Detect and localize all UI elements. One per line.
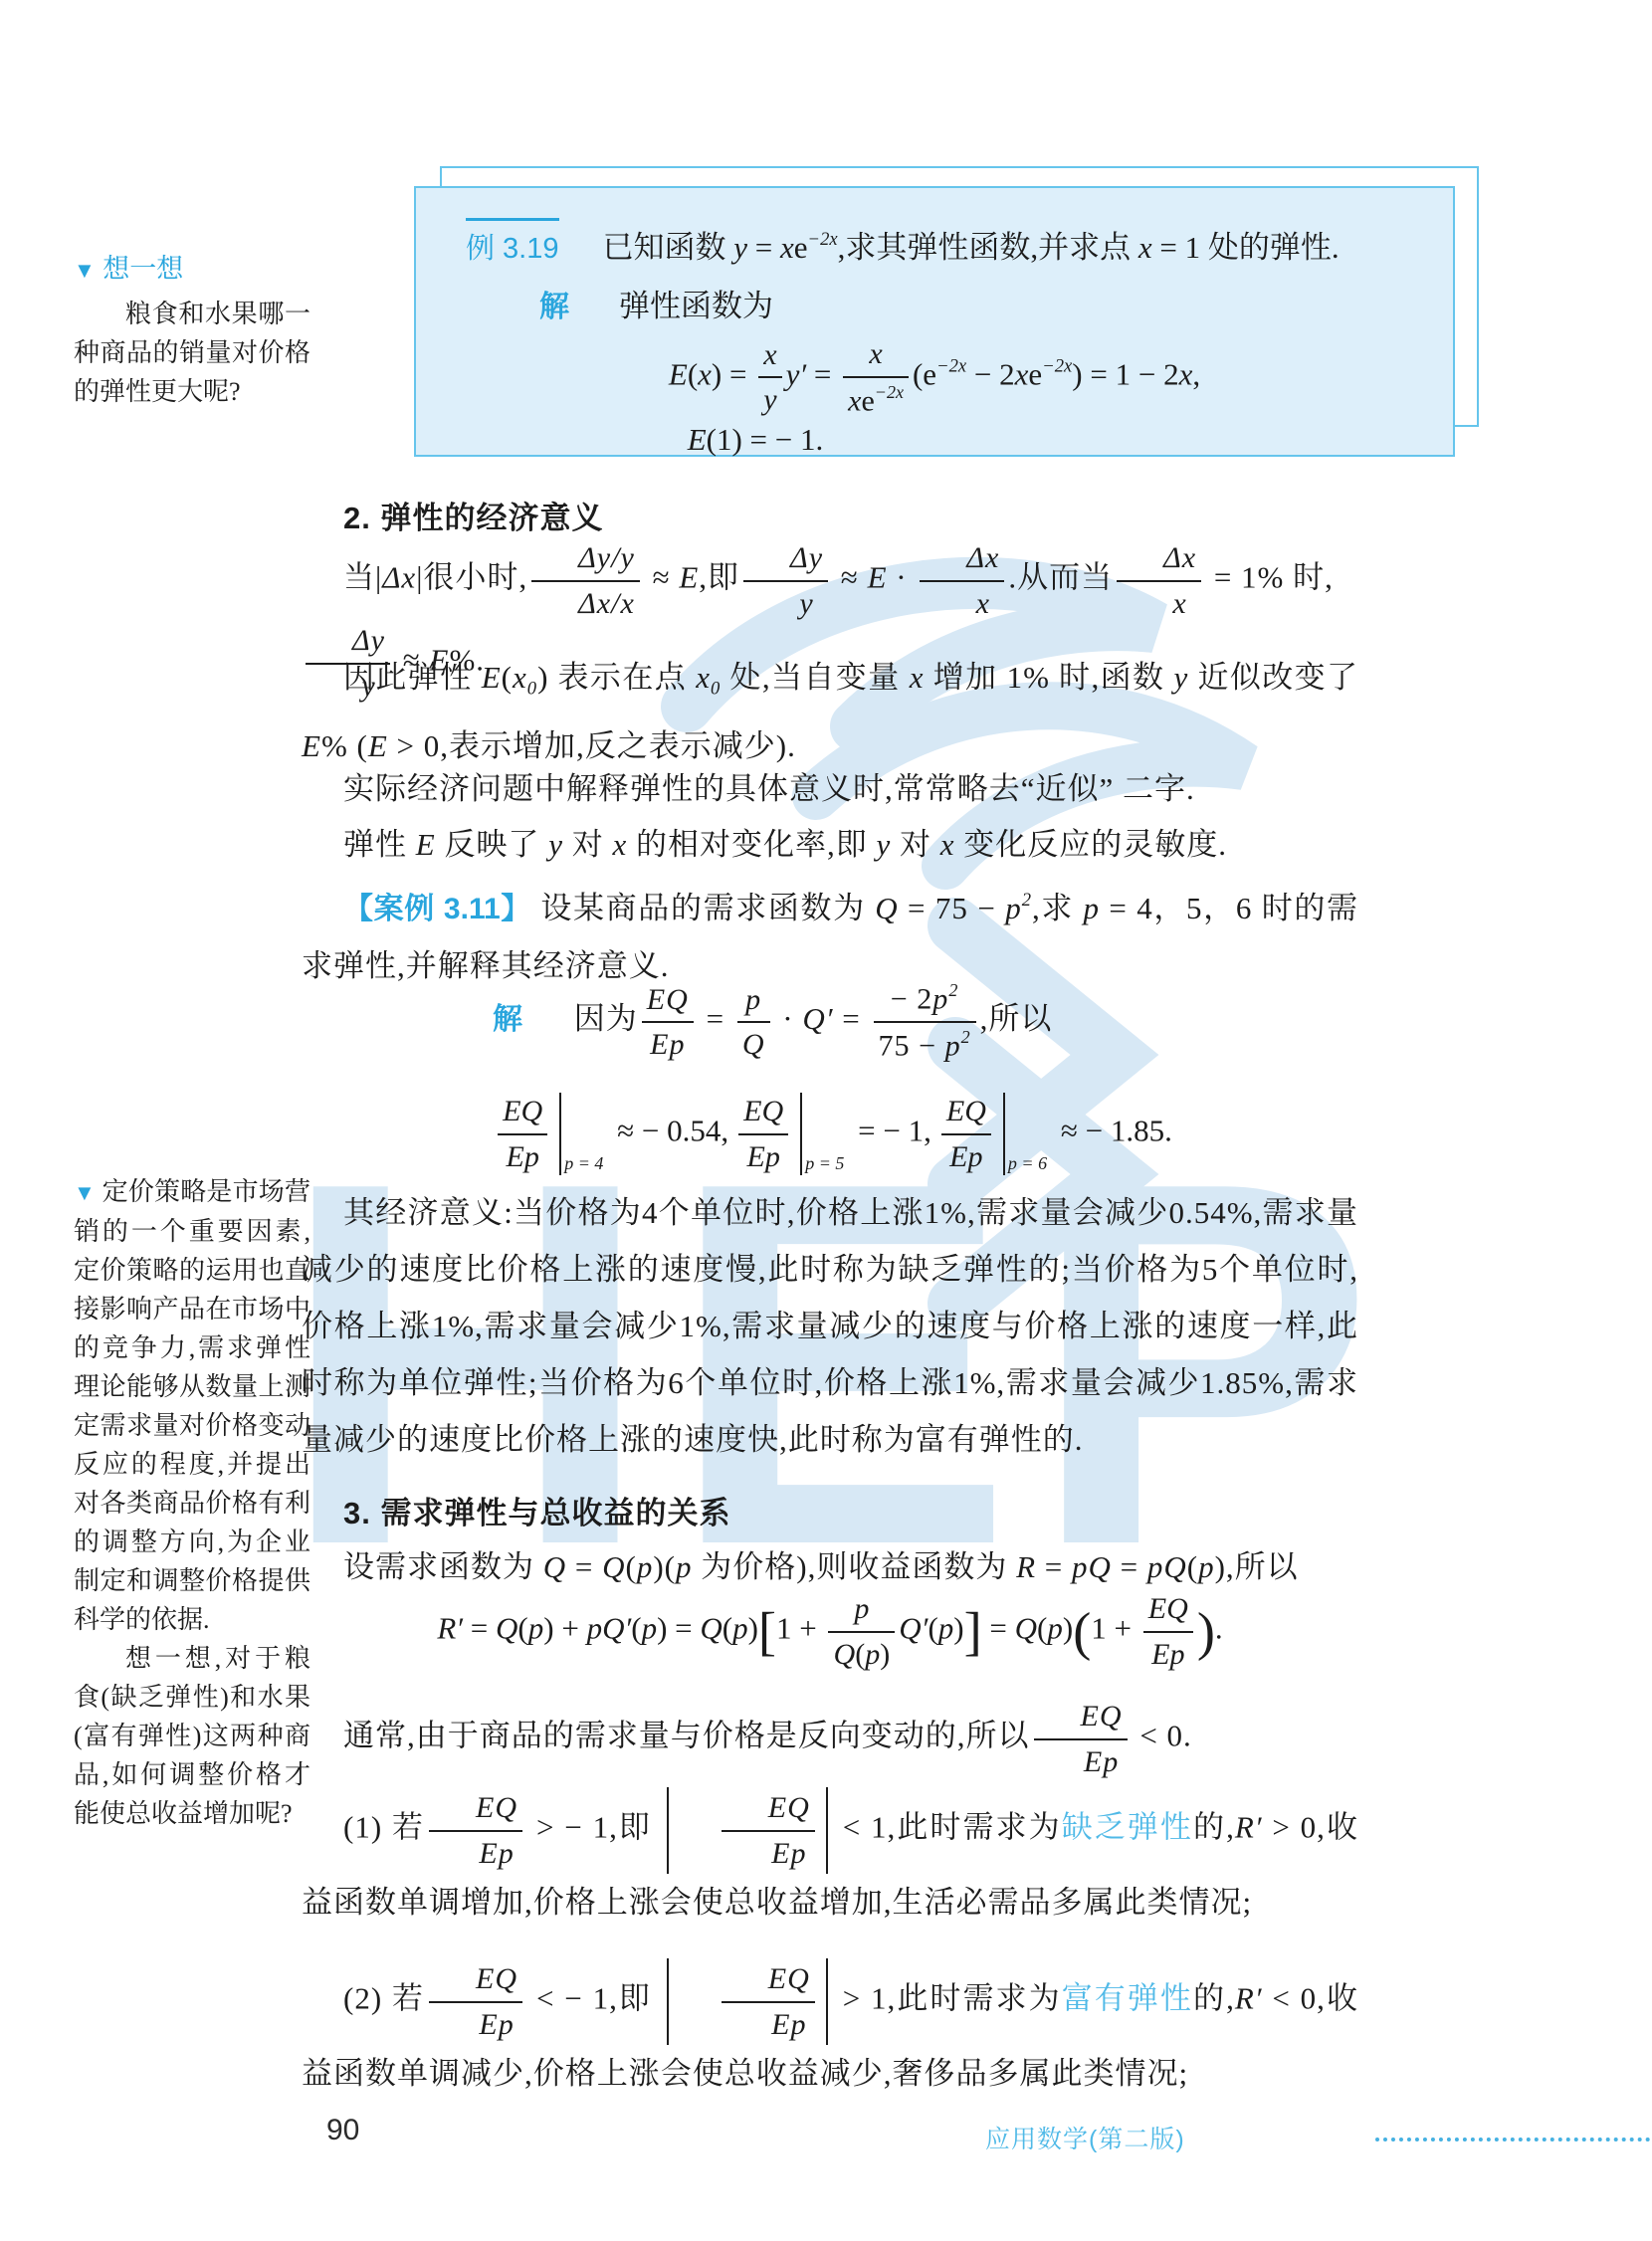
math-run: ) = [657, 1611, 700, 1646]
math-run: E [669, 357, 688, 392]
math-run: p [938, 1611, 954, 1646]
fraction: EQEp [429, 1960, 522, 2043]
math-run: Q [602, 1549, 625, 1584]
solution-label: 解 [539, 291, 569, 323]
math-run: ≈ [832, 560, 868, 595]
math-run: E [302, 728, 321, 763]
math-run: EQ [1081, 1699, 1123, 1732]
math-run: R [1016, 1549, 1036, 1584]
math-run: )( [653, 1549, 676, 1584]
math-run: x [1015, 357, 1029, 392]
math-run: 很小时, [423, 560, 527, 595]
math-run: , [1192, 357, 1200, 392]
numerator: EQ [642, 981, 694, 1022]
math-run: ( [631, 1611, 641, 1646]
math-run: y [548, 827, 563, 862]
denominator: 75 − p2 [874, 1021, 976, 1065]
math-run: p [528, 1611, 544, 1646]
math-run: (2) 若 [343, 1981, 425, 2016]
math-run: Q [742, 1027, 765, 1061]
example-solution-row: 解 弹性函数为 [539, 281, 1453, 325]
evaluation-point: p = 4 [564, 1153, 603, 1174]
math-run: = − 1, [850, 1114, 930, 1148]
triangle-marker-icon: ▼ [74, 258, 96, 283]
math-run: 因为 [574, 1001, 638, 1036]
math-run: 因此弹性 [343, 660, 482, 695]
math-run: Ep [506, 1139, 538, 1173]
absolute-value: EQEp [667, 1958, 828, 2045]
fraction: EQEp [722, 1789, 815, 1872]
math-run: EQ [743, 1094, 783, 1127]
math-run: ≈ − 0.54, [609, 1114, 728, 1148]
math-run: 对 [563, 827, 613, 862]
triangle-marker-icon: ▼ [74, 1180, 96, 1205]
case-evaluated-values: EQEpp = 4 ≈ − 0.54,EQEpp = 5 = − 1,EQEpp… [302, 1093, 1358, 1175]
section2-note-paragraph: 实际经济问题中解释弹性的具体意义时,常常略去“近似” 二字. [302, 760, 1358, 817]
math-run: 的, [1193, 1981, 1235, 2016]
fraction: EQEp [1034, 1698, 1128, 1780]
denominator: Ep [429, 1830, 522, 1873]
math-run: p [865, 1637, 880, 1671]
math-run: x [1138, 230, 1152, 265]
numerator: p [828, 1590, 895, 1631]
math-run: e [1028, 357, 1042, 392]
numerator: EQ [722, 1789, 815, 1830]
footer-dotted-rule [1375, 2118, 1650, 2141]
pricing-note-text: 定价策略是市场营销的一个重要因素,定价策略的运用也直接影响产品在市场中的竞争力,… [74, 1177, 310, 1634]
fraction: Δyy [743, 539, 828, 622]
math-run: x [698, 357, 712, 392]
fraction: pQ [737, 981, 770, 1064]
math-run: Ep [746, 1139, 779, 1173]
math-run: Q′ [802, 1001, 833, 1036]
math-run: x [1172, 586, 1186, 620]
math-run: ( [1073, 1601, 1091, 1661]
math-run: Ep [479, 2007, 514, 2041]
fraction: Δxx [1117, 539, 1201, 622]
math-run: ,所以 [980, 1001, 1053, 1036]
math-run: Ep [771, 2007, 806, 2041]
math-run: 1 + [1091, 1611, 1138, 1646]
math-run: ( [913, 357, 923, 392]
case-interpretation-paragraph: 其经济意义:当价格为4个单位时,价格上涨1%,需求量会减少0.54%,需求量减少… [302, 1184, 1358, 1468]
math-run: ) [880, 1637, 890, 1671]
numerator: EQ [1034, 1698, 1128, 1738]
sidebar-think-note: ▼ 想一想 粮食和水果哪一种商品的销量对价格的弹性更大呢? [74, 249, 310, 411]
denominator: Ep [642, 1021, 694, 1064]
math-run: E [679, 560, 699, 595]
math-run: E [688, 422, 707, 457]
math-run: pQ′ [587, 1611, 632, 1646]
denominator: Ep [738, 1133, 788, 1176]
fraction: Δy/yΔx/x [531, 539, 640, 622]
math-run: −2x [936, 355, 966, 376]
math-run: R′ [1235, 1810, 1263, 1845]
solution-intro: 弹性函数为 [619, 289, 773, 323]
math-run: E [416, 827, 436, 862]
numerator: Δy/y [531, 539, 640, 580]
page-number: 90 [326, 2114, 359, 2147]
math-run: ) [953, 1611, 963, 1646]
math-run: Q [833, 1637, 855, 1671]
fraction: Δxx [920, 539, 1004, 622]
math-run: −2x [808, 229, 838, 250]
math-run: Ep [771, 1836, 806, 1870]
denominator: y [743, 580, 828, 623]
math-run: ),所以 [1215, 1549, 1299, 1584]
section2-meaning-paragraph: 因此弹性 E(x0) 表示在点 x0 处,当自变量 x 增加 1% 时,函数 y… [302, 649, 1358, 774]
math-run: 设需求函数为 [343, 1549, 543, 1584]
denominator: Ep [1143, 1631, 1193, 1674]
math-run: ( [502, 660, 513, 695]
math-run: e [794, 230, 808, 265]
evaluation-point: p = 6 [1008, 1153, 1047, 1174]
math-run: Q [1015, 1611, 1037, 1646]
math-run: 2 [948, 980, 958, 1000]
math-run: p [945, 1029, 961, 1063]
math-run: 已知函数 [603, 230, 734, 265]
math-run: EQ [476, 1961, 517, 1995]
think-note-heading: ▼ 想一想 [74, 249, 310, 291]
section3-revenue-equation: R′ = Q(p) + pQ′(p) = Q(p)[1 + pQ(p)Q′(p)… [302, 1590, 1358, 1673]
case-label: 【案例 3.11】 [343, 893, 531, 925]
numerator: EQ [738, 1093, 788, 1133]
math-run: Q [543, 1549, 566, 1584]
math-run: − 2 [891, 982, 933, 1016]
fraction: EQEp [722, 1960, 815, 2043]
math-run: > 0, [1263, 1810, 1326, 1845]
math-run: ≈ [644, 560, 680, 595]
math-run: 2 [961, 1027, 971, 1047]
math-run: y [876, 827, 891, 862]
denominator: xe−2x [843, 376, 909, 420]
math-run: . [1215, 1611, 1223, 1646]
math-run: x [696, 660, 711, 695]
math-run: x [612, 827, 627, 862]
math-run: Q [875, 891, 898, 925]
math-run: 的, [1193, 1810, 1235, 1845]
solution-label: 解 [493, 1003, 523, 1036]
math-run: [ [758, 1601, 776, 1661]
math-run: 0 [711, 679, 721, 700]
denominator: Q(p) [828, 1631, 895, 1674]
section2-heading: 2. 弹性的经济意义 [302, 490, 1400, 546]
math-run: −2x [875, 382, 904, 402]
math-run: ) [1197, 1601, 1215, 1661]
math-run: EQ [647, 982, 689, 1016]
section3-heading: 3. 需求弹性与总收益的关系 [302, 1485, 1400, 1541]
math-run: R′ [1235, 1981, 1263, 2016]
math-run: = [806, 357, 839, 392]
math-run: = [463, 1611, 496, 1646]
math-run: = 75 − [899, 891, 1006, 925]
math-run: ) 表示在点 [537, 660, 696, 695]
math-run: ) = [712, 357, 754, 392]
evaluated-body: EQEp [734, 1093, 802, 1175]
section3-setup-paragraph: 设需求函数为 Q = Q(p)(p 为价格),则收益函数为 R = pQ = p… [302, 1538, 1358, 1595]
evaluation-point: p = 5 [805, 1153, 844, 1174]
fraction: EQEp [498, 1093, 547, 1175]
math-run: 通常,由于商品的需求量与价格是反向变动的,所以 [343, 1719, 1030, 1753]
section3-case2-paragraph: (2) 若EQEp < − 1,即 EQEp > 1,此时需求为富有弹性的,R′… [302, 1958, 1358, 2102]
math-run: p [1198, 1549, 1215, 1584]
math-run: EQ [946, 1094, 986, 1127]
math-run: Δy/y [578, 540, 635, 574]
case-statement: 【案例 3.11】 设某商品的需求函数为 Q = 75 − p2,求 p = 4… [302, 872, 1358, 994]
example-label: 例 3.19 [466, 218, 559, 267]
numerator: EQ [429, 1789, 522, 1830]
evaluated-at: EQEpp = 4 [494, 1093, 603, 1175]
math-run: x [869, 336, 882, 370]
example-statement: 已知函数 y = xe−2x,求其弹性函数,并求点 x = 1 处的弹性. [603, 230, 1340, 265]
numerator: EQ [941, 1093, 991, 1133]
math-run: ( [688, 357, 698, 392]
evaluated-body: EQEp [937, 1093, 1005, 1175]
math-run: y [733, 230, 747, 265]
math-run: Ep [650, 1027, 685, 1061]
math-run: Ep [1151, 1637, 1184, 1671]
math-run: x [780, 230, 794, 265]
math-run: = [698, 1001, 733, 1036]
math-run: Q [700, 1611, 722, 1646]
math-run: 0 [527, 679, 537, 700]
numerator: EQ [429, 1960, 522, 2001]
math-run: p [637, 1549, 654, 1584]
math-run: 2 [1022, 890, 1032, 911]
math-run: p [642, 1611, 658, 1646]
math-run: · [888, 560, 917, 595]
case-derivation-line: 解 因为EQEp = pQ · Q′ = − 2p275 − p2,所以 [302, 979, 1358, 1065]
numerator: Δx [920, 539, 1004, 580]
case-derivation-math: 因为EQEp = pQ · Q′ = − 2p275 − p2,所以 [574, 1001, 1053, 1036]
math-run: EQ [503, 1094, 542, 1127]
math-run: EQ [768, 1790, 810, 1824]
math-run: < 0. [1132, 1719, 1192, 1753]
math-run: (1) 若 [343, 1810, 425, 1845]
math-run: · [774, 1001, 803, 1036]
fraction: EQEp [429, 1789, 522, 1872]
denominator: Ep [429, 2001, 522, 2044]
math-run: x [976, 586, 990, 620]
math-run: x [513, 660, 527, 695]
math-run: < − 1,即 [526, 1981, 662, 2016]
math-run: ) = 1 − 2 [1072, 357, 1178, 392]
math-run: 近似改变了 [1188, 660, 1358, 695]
math-run: ,求其弹性函数,并求点 [838, 230, 1138, 265]
section3-case1-paragraph: (1) 若EQEp > − 1,即 EQEp < 1,此时需求为缺乏弹性的,R′… [302, 1787, 1358, 1931]
math-run: = [747, 230, 780, 265]
numerator: − 2p2 [874, 979, 976, 1021]
math-run: y [763, 382, 776, 416]
math-run: 增加 1% 时,函数 [925, 660, 1174, 695]
math-run: > − 1,即 [526, 1810, 662, 1845]
math-run: 缺乏弹性 [1062, 1810, 1193, 1845]
math-run: x [1179, 357, 1193, 392]
math-run: = 1% 时, [1205, 560, 1334, 595]
math-run: x [940, 827, 955, 862]
math-run: ] [964, 1601, 982, 1661]
math-run: p [1083, 891, 1100, 925]
math-run: (1) = − 1. [707, 422, 824, 457]
math-run: = [566, 1549, 602, 1584]
math-run: = [1112, 1549, 1147, 1584]
math-run: ( [517, 1611, 527, 1646]
section3-negative-paragraph: 通常,由于商品的需求量与价格是反向变动的,所以EQEp < 0. [302, 1698, 1358, 1780]
math-run: E [482, 660, 502, 695]
math-run: Q [496, 1611, 517, 1646]
math-run: EQ [476, 1790, 517, 1824]
math-run: − 2 [966, 357, 1014, 392]
math-run: 设某商品的需求函数为 [531, 891, 875, 925]
numerator: EQ [498, 1093, 547, 1133]
fraction: EQEp [738, 1093, 788, 1175]
math-run: e [923, 357, 936, 392]
math-run: ( [928, 1611, 937, 1646]
math-run: E [868, 560, 888, 595]
math-run: y [1174, 660, 1189, 695]
evaluated-body: EQEp [494, 1093, 561, 1175]
denominator: y [758, 376, 781, 419]
math-run: EQ [1148, 1591, 1188, 1625]
math-run: pQ [1147, 1549, 1187, 1584]
math-run: R′ [437, 1611, 463, 1646]
fraction: − 2p275 − p2 [874, 979, 976, 1065]
numerator: EQ [722, 1960, 815, 2001]
example-equation-main: E(x) = xyy′ = xxe−2x(e−2x − 2xe−2x) = 1 … [416, 335, 1453, 420]
math-run: < 1,此时需求为 [833, 1810, 1062, 1845]
math-run: pQ [1072, 1549, 1112, 1584]
math-run: 变化反应的灵敏度. [955, 827, 1228, 862]
denominator: x [920, 580, 1004, 623]
denominator: Ep [722, 2001, 815, 2044]
math-run: Δx [382, 560, 416, 595]
math-run: x [848, 383, 861, 417]
example-equation-value: E(1) = − 1. [237, 422, 1274, 458]
math-run: ) + [543, 1611, 586, 1646]
math-run: 当 [343, 560, 375, 595]
math-run: Ep [479, 1836, 514, 1870]
section2-sensitivity-paragraph: 弹性 E 反映了 y 对 x 的相对变化率,即 y 对 x 变化反应的灵敏度. [302, 816, 1358, 873]
example-box: 例 3.19 已知函数 y = xe−2x,求其弹性函数,并求点 x = 1 处… [414, 186, 1455, 457]
numerator: p [737, 981, 770, 1022]
math-run: p [932, 982, 948, 1016]
math-run: ) [748, 1611, 758, 1646]
math-run: Q′ [899, 1611, 928, 1646]
math-run: > 1,此时需求为 [833, 1981, 1062, 2016]
math-run: < 0, [1263, 1981, 1326, 2016]
think-note-body: 粮食和水果哪一种商品的销量对价格的弹性更大呢? [74, 295, 310, 411]
math-run: Δy [790, 540, 823, 574]
fraction: pQ(p) [828, 1590, 895, 1673]
numerator: Δx [1117, 539, 1201, 580]
fraction: EQEp [941, 1093, 991, 1175]
math-run: ( [1187, 1549, 1198, 1584]
fraction: EQEp [642, 981, 694, 1064]
math-run: Ep [1084, 1744, 1119, 1778]
numerator: x [843, 335, 909, 376]
math-run: 反映了 [436, 827, 549, 862]
fraction: EQEp [1143, 1590, 1193, 1673]
denominator: x [1117, 580, 1201, 623]
pricing-note-question: 想一想,对于粮食(缺乏弹性)和水果(富有弹性)这两种商品,如何调整价格才能使总收… [74, 1639, 310, 1833]
denominator: Ep [498, 1133, 547, 1176]
think-note-title: 想一想 [103, 254, 183, 284]
math-run: Ep [949, 1139, 982, 1173]
math-run: ≈ − 1.85. [1053, 1114, 1172, 1148]
math-run: p [854, 1591, 869, 1625]
math-run: e [861, 383, 874, 417]
numerator: EQ [1143, 1590, 1193, 1631]
numerator: Δy [743, 539, 828, 580]
math-run: ,即 [699, 560, 739, 595]
math-run: 为价格),则收益函数为 [693, 1549, 1017, 1584]
numerator: x [758, 336, 781, 377]
math-run: x [763, 337, 776, 371]
math-run: ( [626, 1549, 637, 1584]
math-run: ( [1037, 1611, 1047, 1646]
math-run: > 0,表示增加,反之表示减少). [388, 728, 796, 763]
math-run: 1 + [776, 1611, 824, 1646]
math-run: p [732, 1611, 748, 1646]
math-run: p [676, 1549, 693, 1584]
math-run: = [982, 1611, 1015, 1646]
math-run: p [745, 982, 761, 1016]
textbook-page: HEP 例 3.19 已知函数 y = xe−2x,求其弹性函数,并求点 x =… [0, 0, 1652, 2241]
math-run: .从而当 [1008, 560, 1113, 595]
denominator: Δx/x [531, 580, 640, 623]
math-run: Δx [1163, 540, 1196, 574]
math-run: p [1047, 1611, 1063, 1646]
fraction: xy [758, 336, 781, 419]
math-run: EQ [768, 1961, 810, 1995]
denominator: Ep [941, 1133, 991, 1176]
math-run: ,求 [1032, 891, 1083, 925]
math-run: ( [855, 1637, 865, 1671]
math-run: 的相对变化率,即 [627, 827, 876, 862]
math-run: y′ [786, 357, 807, 392]
book-title: 应用数学(第二版) [985, 2120, 1185, 2155]
denominator: Q [737, 1021, 770, 1064]
math-run: E [368, 728, 388, 763]
pricing-note-body: ▼ 定价策略是市场营销的一个重要因素,定价策略的运用也直接影响产品在市场中的竞争… [74, 1172, 310, 1639]
math-run: ) [1063, 1611, 1073, 1646]
absolute-value: EQEp [667, 1787, 828, 1874]
math-run: 对 [891, 827, 940, 862]
math-run: x [910, 660, 925, 695]
math-run: ( [723, 1611, 732, 1646]
math-run: Δx/x [578, 586, 635, 620]
evaluated-at: EQEpp = 6 [937, 1093, 1047, 1175]
math-run: = 1 处的弹性. [1152, 230, 1340, 265]
math-run: −2x [1042, 355, 1072, 376]
math-run: 75 − [879, 1029, 945, 1063]
denominator: Ep [722, 1830, 815, 1873]
example-title-row: 例 3.19 已知函数 y = xe−2x,求其弹性函数,并求点 x = 1 处… [466, 218, 1453, 267]
denominator: Ep [1034, 1738, 1128, 1781]
math-run: = [834, 1001, 870, 1036]
math-run: p [1005, 891, 1022, 925]
math-run: 处,当自变量 [721, 660, 909, 695]
fraction: xxe−2x [843, 335, 909, 420]
sidebar-pricing-note: ▼ 定价策略是市场营销的一个重要因素,定价策略的运用也直接影响产品在市场中的竞争… [74, 1172, 310, 1833]
math-run: 富有弹性 [1062, 1981, 1193, 2016]
math-run: y [799, 586, 813, 620]
math-run: = [1036, 1549, 1072, 1584]
evaluated-at: EQEpp = 5 [734, 1093, 844, 1175]
math-run: Δx [966, 540, 999, 574]
math-run: % ( [321, 728, 368, 763]
math-run: 弹性 [343, 827, 416, 862]
